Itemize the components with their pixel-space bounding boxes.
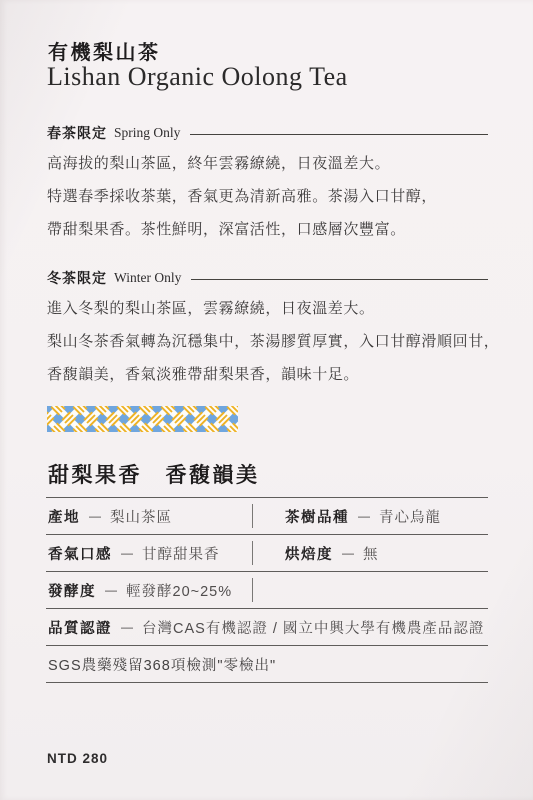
- dash-separator: —: [89, 509, 101, 523]
- washi-tape-pattern-icon: [47, 406, 238, 432]
- spec-row-fermentation: 發酵度 — 輕發酵20~25%: [46, 572, 488, 609]
- spring-rule-line: [190, 134, 488, 135]
- spring-label-zh: 春茶限定: [47, 123, 107, 143]
- dash-separator: —: [121, 546, 133, 560]
- spring-paragraph: 高海拔的梨山茶區，終年雲霧繚繞，日夜溫差大。 特選春季採收茶葉，香氣更為清新高雅…: [47, 147, 488, 246]
- origin-label: 產地: [48, 506, 80, 527]
- spec-row-sgs: SGS農藥殘留368項檢測"零檢出": [46, 646, 488, 683]
- winter-rule-line: [191, 279, 488, 280]
- spring-line-3: 帶甜梨果香。茶性鮮明，深富活性，口感層次豐富。: [47, 213, 488, 246]
- roast-value: 無: [363, 543, 379, 564]
- fermentation-value: 輕發酵20~25%: [126, 580, 232, 601]
- spec-cell-origin: 產地 — 梨山茶區: [48, 506, 252, 527]
- section-winter: 冬茶限定 Winter Only 進入冬梨的梨山茶區，雲霧繚繞，日夜溫差大。 梨…: [47, 269, 488, 391]
- section-winter-header: 冬茶限定 Winter Only: [47, 269, 488, 287]
- washi-tape-decoration: [47, 406, 238, 432]
- spring-line-1: 高海拔的梨山茶區，終年雲霧繚繞，日夜溫差大。: [47, 147, 488, 180]
- product-title-zh: 有機梨山茶: [48, 36, 161, 65]
- fermentation-label: 發酵度: [48, 580, 96, 601]
- dash-separator: —: [342, 546, 354, 560]
- winter-label-en: Winter Only: [114, 270, 181, 286]
- certification-value: 台灣CAS有機認證 / 國立中興大學有機農產品認證: [142, 617, 484, 638]
- certification-label: 品質認證: [48, 617, 112, 638]
- winter-line-2: 梨山冬茶香氣轉為沉穩集中，茶湯膠質厚實，入口甘醇滑順回甘，: [47, 325, 488, 358]
- sgs-note: SGS農藥殘留368項檢測"零檢出": [48, 654, 276, 675]
- winter-paragraph: 進入冬梨的梨山茶區，雲霧繚繞，日夜溫差大。 梨山冬茶香氣轉為沉穩集中，茶湯膠質厚…: [47, 292, 488, 391]
- aroma-label: 香氣口感: [48, 543, 112, 564]
- column-divider: [252, 504, 253, 528]
- dash-separator: —: [358, 509, 370, 523]
- dash-separator: —: [105, 583, 117, 597]
- column-divider: [252, 541, 253, 565]
- winter-label-zh: 冬茶限定: [47, 268, 107, 288]
- price-label: NTD 280: [47, 751, 108, 766]
- spring-line-2: 特選春季採收茶葉，香氣更為清新高雅。茶湯入口甘醇，: [47, 180, 488, 213]
- spec-row-origin-cultivar: 產地 — 梨山茶區 茶樹品種 — 青心烏龍: [46, 498, 488, 535]
- spring-label-en: Spring Only: [114, 125, 180, 141]
- roast-label: 烘焙度: [285, 543, 333, 564]
- product-title-en: Lishan Organic Oolong Tea: [47, 62, 348, 92]
- origin-value: 梨山茶區: [110, 506, 172, 527]
- spec-row-certification: 品質認證 — 台灣CAS有機認證 / 國立中興大學有機農產品認證: [46, 609, 488, 646]
- spec-cell-roast: 烘焙度 — 無: [252, 543, 379, 564]
- winter-line-3: 香馥韻美，香氣淡雅帶甜梨果香，韻味十足。: [47, 358, 488, 391]
- tasting-notes-heading: 甜梨果香 香馥韻美: [48, 459, 260, 489]
- section-spring: 春茶限定 Spring Only 高海拔的梨山茶區，終年雲霧繚繞，日夜溫差大。 …: [47, 124, 488, 246]
- spec-cell-aroma: 香氣口感 — 甘醇甜果香: [48, 543, 252, 564]
- spec-cell-fermentation: 發酵度 — 輕發酵20~25%: [48, 580, 252, 601]
- spec-row-aroma-roast: 香氣口感 — 甘醇甜果香 烘焙度 — 無: [46, 535, 488, 572]
- aroma-value: 甘醇甜果香: [142, 543, 220, 564]
- cultivar-value: 青心烏龍: [379, 506, 441, 527]
- cultivar-label: 茶樹品種: [285, 506, 349, 527]
- winter-line-1: 進入冬梨的梨山茶區，雲霧繚繞，日夜溫差大。: [47, 292, 488, 325]
- column-divider: [252, 578, 253, 602]
- tea-menu-card: 有機梨山茶 Lishan Organic Oolong Tea 春茶限定 Spr…: [0, 0, 533, 800]
- spec-table: 產地 — 梨山茶區 茶樹品種 — 青心烏龍 香氣口感 — 甘醇甜果香 烘焙度 —…: [46, 497, 488, 683]
- dash-separator: —: [121, 620, 133, 634]
- section-spring-header: 春茶限定 Spring Only: [47, 124, 488, 142]
- spec-cell-cultivar: 茶樹品種 — 青心烏龍: [252, 506, 441, 527]
